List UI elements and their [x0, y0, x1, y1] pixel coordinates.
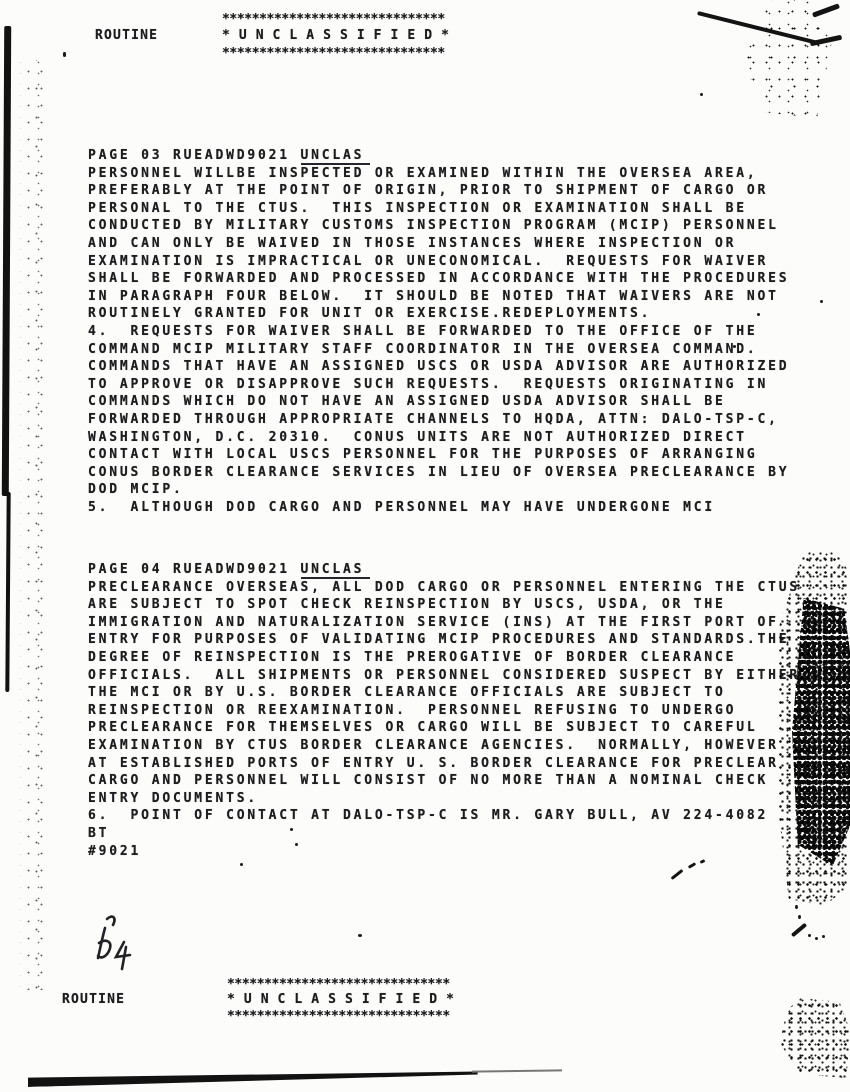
document-text-line: EXAMINATION IS IMPRACTICAL OR UNECONOMIC…	[88, 253, 789, 271]
document-text-line: CONUS BORDER CLEARANCE SERVICES IN LIEU …	[88, 464, 789, 482]
scanned-document-page: ****************************** ROUTINE *…	[0, 0, 850, 1092]
page-03-block: PAGE 03 RUEADWD9021 UNCLAS PERSONNEL WIL…	[88, 147, 789, 516]
scan-artifact-right-noise-core	[792, 598, 850, 866]
asterisk-row: ******************************	[227, 1009, 450, 1024]
document-text-line: OFFICIALS. ALL SHIPMENTS OR PERSONNEL CO…	[88, 667, 800, 685]
document-text-line: COMMANDS WHICH DO NOT HAVE AN ASSIGNED U…	[88, 393, 789, 411]
document-text-line: EXAMINATION BY CTUS BORDER CLEARANCE AGE…	[88, 737, 800, 755]
handwritten-b4-mark	[78, 912, 140, 984]
scan-artifact-speck	[733, 345, 736, 348]
scan-artifact-left-bar	[2, 26, 11, 496]
document-text-line: PERSONNEL WILLBE INSPECTED OR EXAMINED W…	[88, 165, 789, 183]
document-text-line: CONTACT WITH LOCAL USCS PERSONNEL FOR TH…	[88, 446, 789, 464]
document-text-line: ENTRY DOCUMENTS.	[88, 790, 800, 808]
classification-text: * U N C L A S S I F I E D *	[222, 28, 450, 43]
scan-artifact-speck	[358, 934, 362, 937]
scan-artifact-speck	[820, 300, 823, 303]
document-text-line: IN PARAGRAPH FOUR BELOW. IT SHOULD BE NO…	[88, 288, 789, 306]
scan-artifact-speck	[295, 843, 298, 846]
scan-artifact-dash	[671, 869, 684, 880]
page-03-header: PAGE 03 RUEADWD9021 UNCLAS	[88, 147, 789, 165]
document-text-line: COMMAND MCIP MILITARY STAFF COORDINATOR …	[88, 341, 789, 359]
unclas-underlined: UNCLAS	[301, 148, 371, 165]
document-text-line: REINSPECTION OR REEXAMINATION. PERSONNEL…	[88, 702, 800, 720]
document-text-line: ARE SUBJECT TO SPOT CHECK REINSPECTION B…	[88, 596, 800, 614]
scan-artifact-left-bar-tail	[5, 492, 10, 692]
page-03-lines: PERSONNEL WILLBE INSPECTED OR EXAMINED W…	[88, 165, 789, 517]
scan-artifact-speck	[63, 52, 66, 57]
document-text-line: ENTRY FOR PURPOSES OF VALIDATING MCIP PR…	[88, 631, 800, 649]
asterisk-row: ******************************	[222, 46, 445, 61]
document-text-line: 4. REQUESTS FOR WAIVER SHALL BE FORWARDE…	[88, 323, 789, 341]
document-text-line: PRECLEARANCE OVERSEAS, ALL DOD CARGO OR …	[88, 579, 800, 597]
scan-artifact-speck	[808, 934, 811, 937]
scan-artifact-speck	[798, 915, 801, 919]
document-text-line: IMMIGRATION AND NATURALIZATION SERVICE (…	[88, 614, 800, 632]
scan-artifact-bottom-bar	[28, 1067, 478, 1087]
scan-artifact-check-mark	[791, 923, 807, 938]
document-text-line: DOD MCIP.	[88, 481, 789, 499]
document-text-line: CARGO AND PERSONNEL WILL CONSIST OF NO M…	[88, 772, 800, 790]
scan-artifact-speck	[290, 828, 293, 831]
document-text-line: COMMANDS THAT HAVE AN ASSIGNED USCS OR U…	[88, 358, 789, 376]
document-text-line: AND CAN ONLY BE WAIVED IN THOSE INSTANCE…	[88, 235, 789, 253]
scan-artifact-speck	[700, 93, 703, 96]
classification-text: * U N C L A S S I F I E D *	[227, 992, 455, 1007]
page-header-prefix: PAGE 04 RUEADWD9021	[88, 562, 301, 577]
document-text-line: #9021	[88, 843, 800, 861]
scan-artifact-speck	[822, 935, 825, 938]
asterisk-row: ******************************	[227, 977, 450, 992]
document-text-line: AT ESTABLISHED PORTS OF ENTRY U. S. BORD…	[88, 755, 800, 773]
page-04-lines: PRECLEARANCE OVERSEAS, ALL DOD CARGO OR …	[88, 579, 800, 861]
asterisk-row: ******************************	[222, 12, 445, 27]
document-text-line: SHALL BE FORWARDED AND PROCESSED IN ACCO…	[88, 270, 789, 288]
document-text-line: TO APPROVE OR DISAPPROVE SUCH REQUESTS. …	[88, 376, 789, 394]
scan-artifact-speck	[815, 937, 818, 940]
scan-artifact-bottom-bar-tail	[472, 1069, 562, 1072]
precedence-label: ROUTINE	[62, 992, 125, 1007]
scan-artifact-dash	[688, 862, 696, 869]
document-text-line: BT	[88, 825, 800, 843]
scan-artifact-left-margin-specks	[20, 60, 48, 990]
scan-artifact-speck	[795, 905, 798, 909]
document-text-line: DEGREE OF REINSPECTION IS THE PREROGATIV…	[88, 649, 800, 667]
scan-artifact-bottom-right-blob	[780, 998, 850, 1078]
document-text-line: WASHINGTON, D.C. 20310. CONUS UNITS ARE …	[88, 429, 789, 447]
scan-artifact-speck	[240, 863, 243, 866]
page-header-prefix: PAGE 03 RUEADWD9021	[88, 148, 301, 163]
document-text-line: 5. ALTHOUGH DOD CARGO AND PERSONNEL MAY …	[88, 499, 789, 517]
document-text-line: 6. POINT OF CONTACT AT DALO-TSP-C IS MR.…	[88, 807, 800, 825]
document-text-line: THE MCI OR BY U.S. BORDER CLEARANCE OFFI…	[88, 684, 800, 702]
page-04-header: PAGE 04 RUEADWD9021 UNCLAS	[88, 561, 800, 579]
document-text-line: PREFERABLY AT THE POINT OF ORIGIN, PRIOR…	[88, 182, 789, 200]
scan-artifact-corner-specks	[732, 0, 832, 118]
page-04-block: PAGE 04 RUEADWD9021 UNCLAS PRECLEARANCE …	[88, 561, 800, 860]
scan-artifact-speck	[757, 313, 760, 316]
document-text-line: PERSONAL TO THE CTUS. THIS INSPECTION OR…	[88, 200, 789, 218]
document-text-line: FORWARDED THROUGH APPROPRIATE CHANNELS T…	[88, 411, 789, 429]
unclas-underlined: UNCLAS	[301, 562, 371, 579]
document-text-line: PRECLEARANCE FOR THEMSELVES OR CARGO WIL…	[88, 719, 800, 737]
scan-artifact-dash	[700, 859, 706, 864]
document-text-line: ROUTINELY GRANTED FOR UNIT OR EXERCISE.R…	[88, 305, 789, 323]
precedence-label: ROUTINE	[95, 28, 158, 43]
document-text-line: CONDUCTED BY MILITARY CUSTOMS INSPECTION…	[88, 217, 789, 235]
